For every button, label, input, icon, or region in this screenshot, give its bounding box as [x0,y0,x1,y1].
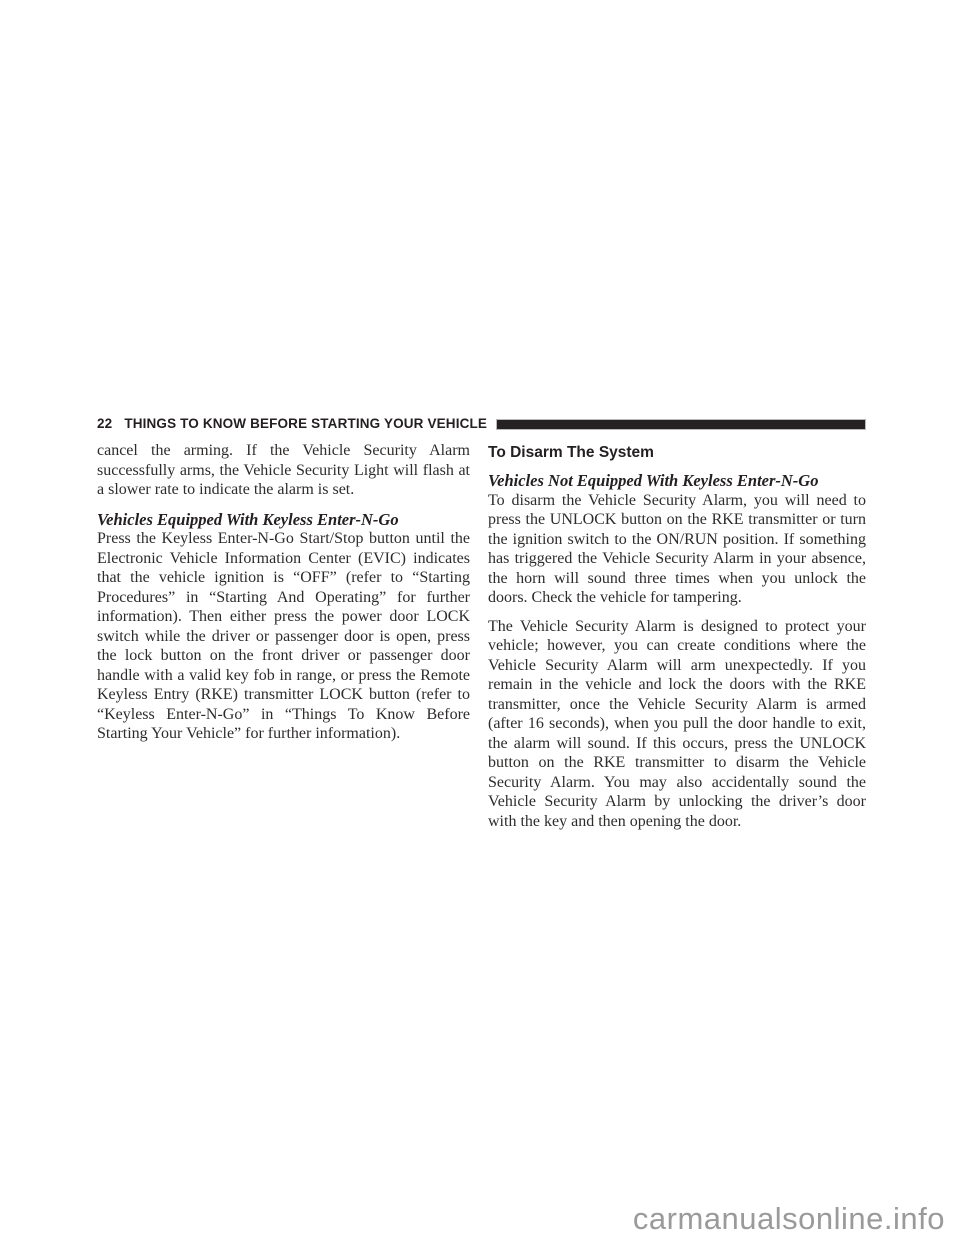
watermark-carmanualsonline: carmanualsonline.info [633,1201,945,1237]
heading-vehicles-not-equipped: Vehicles Not Equipped With Keyless Enter… [488,471,866,491]
paragraph-alarm-conditions: The Vehicle Security Alarm is designed t… [488,617,866,832]
header-rule [496,419,866,430]
heading-vehicles-equipped: Vehicles Equipped With Keyless Enter-N-G… [97,510,470,530]
left-column: cancel the arming. If the Vehicle Securi… [97,441,470,840]
two-column-body: cancel the arming. If the Vehicle Securi… [97,441,866,840]
paragraph-arming: cancel the arming. If the Vehicle Securi… [97,441,470,500]
paragraph-keyless-enter-n-go: Press the Keyless Enter-N-Go Start/Stop … [97,529,470,744]
page-title: THINGS TO KNOW BEFORE STARTING YOUR VEHI… [124,416,487,431]
right-column: To Disarm The System Vehicles Not Equipp… [488,441,866,840]
paragraph-disarm-instructions: To disarm the Vehicle Security Alarm, yo… [488,491,866,608]
heading-to-disarm-the-system: To Disarm The System [488,444,866,461]
page-number: 22 [97,416,112,431]
manual-page: 22 THINGS TO KNOW BEFORE STARTING YOUR V… [0,0,960,1242]
page-header: 22 THINGS TO KNOW BEFORE STARTING YOUR V… [97,416,866,431]
